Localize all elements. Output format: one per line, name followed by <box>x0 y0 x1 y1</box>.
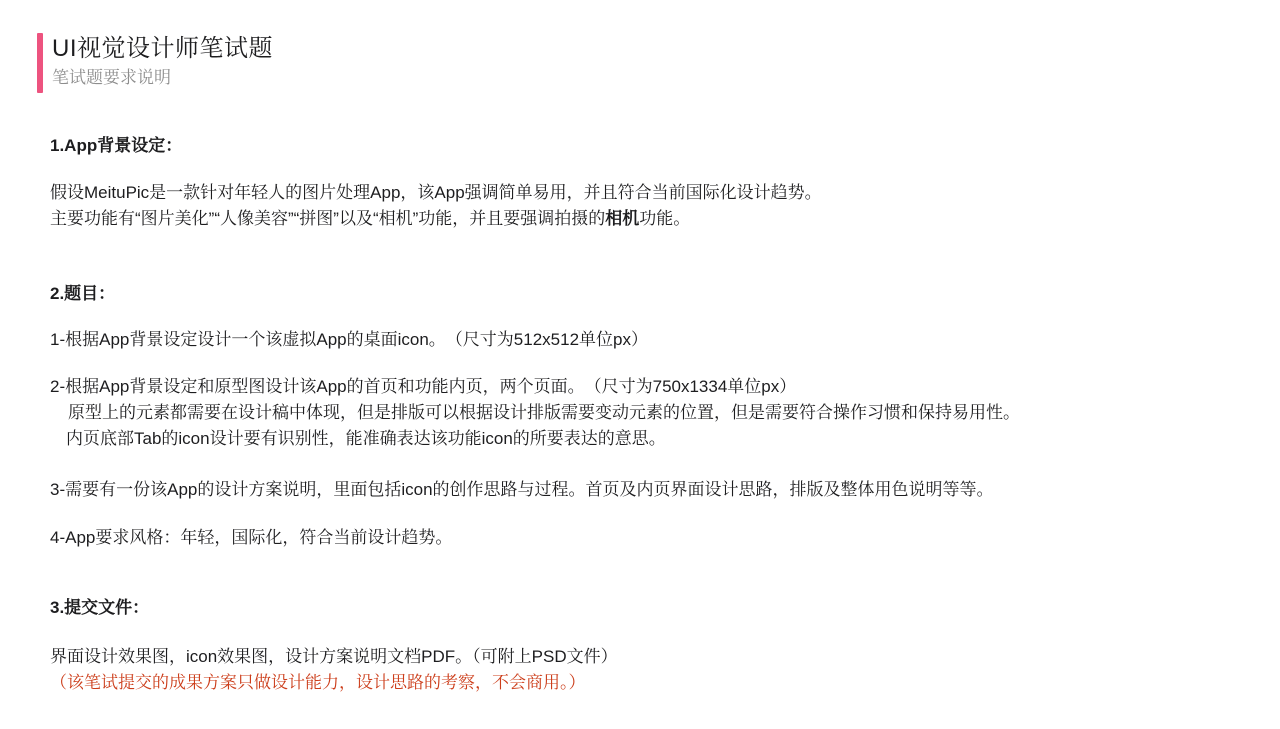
background-line-2-suffix: 功能。 <box>639 209 690 228</box>
section-heading-submission: 3.提交文件： <box>50 595 1240 621</box>
question-item-4: 4-App要求风格：年轻，国际化，符合当前设计趋势。 <box>50 525 1240 551</box>
title-accent-bar <box>37 33 43 93</box>
section-heading-questions: 2.题目： <box>50 281 1240 307</box>
section-heading-background: 1.App背景设定： <box>50 133 1240 159</box>
page-subtitle: 笔试题要求说明 <box>52 65 273 91</box>
page-title: UI视觉设计师笔试题 <box>52 33 273 65</box>
question-item-2-line-3: 内页底部Tab的icon设计要有识别性，能准确表达该功能icon的所要表达的意思… <box>50 426 1240 452</box>
document-body: 1.App背景设定： 假设MeituPic是一款针对年轻人的图片处理App，该A… <box>50 133 1240 696</box>
submission-line-1: 界面设计效果图，icon效果图，设计方案说明文档PDF。（可附上PSD文件） <box>50 644 1240 670</box>
question-item-1: 1-根据App背景设定设计一个该虚拟App的桌面icon。 （尺寸为512x51… <box>50 327 1240 353</box>
background-line-2-bold-term: 相机 <box>605 209 639 228</box>
question-item-3: 3-需要有一份该App的设计方案说明，里面包括icon的创作思路与过程。首页及内… <box>50 477 1240 503</box>
question-item-2-line-2: 原型上的元素都需要在设计稿中体现，但是排版可以根据设计排版需要变动元素的位置，但… <box>50 400 1240 426</box>
header-text-block: UI视觉设计师笔试题 笔试题要求说明 <box>52 33 273 93</box>
background-paragraph-line-2: 主要功能有“图片美化”“人像美容”“拼图”以及“相机”功能，并且要强调拍摄的相机… <box>50 206 1240 232</box>
submission-note-red: （该笔试提交的成果方案只做设计能力，设计思路的考察，不会商用。） <box>50 670 1240 696</box>
background-line-2-prefix: 主要功能有“图片美化”“人像美容”“拼图”以及“相机”功能，并且要强调拍摄的 <box>50 209 605 228</box>
document-header: UI视觉设计师笔试题 笔试题要求说明 <box>50 33 1240 93</box>
question-item-2: 2-根据App背景设定和原型图设计该App的首页和功能内页，两个页面。 （尺寸为… <box>50 374 1240 452</box>
background-paragraph-line-1: 假设MeituPic是一款针对年轻人的图片处理App，该App强调简单易用，并且… <box>50 180 1240 206</box>
document-page: UI视觉设计师笔试题 笔试题要求说明 1.App背景设定： 假设MeituPic… <box>0 0 1280 729</box>
question-item-2-line-1: 2-根据App背景设定和原型图设计该App的首页和功能内页，两个页面。 （尺寸为… <box>50 374 1240 400</box>
